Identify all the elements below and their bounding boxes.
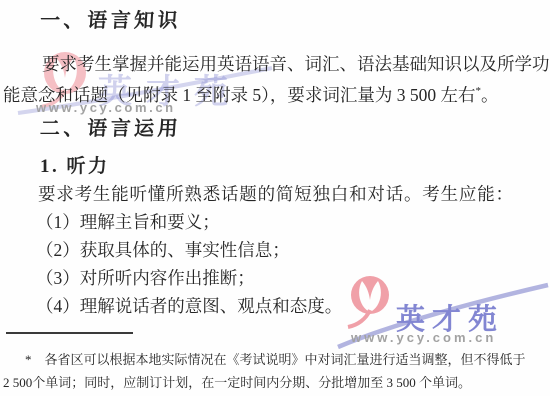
listening-item-4: （4）理解说话者的意图、观点和态度。 bbox=[36, 295, 342, 317]
listening-item-1: （1）理解主旨和要义； bbox=[36, 211, 220, 233]
subsection-heading-listening: 1. 听力 bbox=[40, 156, 110, 178]
section2-heading: 二、语言运用 bbox=[39, 118, 182, 140]
para1-line2: 能意念和话题（见附录 1 至附录 5），要求词汇量为 3 500 左右*。 bbox=[3, 80, 499, 106]
para1-line1: 要求考生掌握并能运用英语语音、词汇、语法基础知识以及所学功 bbox=[42, 53, 550, 75]
footnote-divider bbox=[6, 332, 133, 334]
watermark-url-bottom: www.ycy.com.cn bbox=[351, 330, 496, 345]
para1-period: 。 bbox=[481, 85, 499, 105]
flower-icon bbox=[348, 276, 389, 327]
footnote-line1-text: 各省区可以根据本地实际情况在《考试说明》中对词汇量进行适当调整，但不得低于 bbox=[45, 352, 526, 367]
footnote-line1: *各省区可以根据本地实际情况在《考试说明》中对词汇量进行适当调整，但不得低于 bbox=[25, 351, 526, 368]
document-page: 英才苑 www.ycy.com.cn 英才苑 www.ycy.com.cn 一、… bbox=[0, 0, 550, 396]
listening-item-3: （3）对所听内容作出推断； bbox=[36, 267, 255, 289]
listening-intro: 要求考生能听懂所熟悉话题的简短独白和对话。考生应能： bbox=[38, 183, 514, 205]
para1-line2-text: 能意念和话题（见附录 1 至附录 5），要求词汇量为 3 500 左右 bbox=[3, 85, 476, 105]
footnote-marker: * bbox=[25, 351, 32, 368]
listening-item-2: （2）获取具体的、事实性信息； bbox=[36, 239, 290, 261]
footnote-line2: 2 500个单词；同时，应制订计划，在一定时间内分期、分批增加至 3 500 个… bbox=[3, 374, 471, 391]
section1-heading: 一、语言知识 bbox=[39, 10, 182, 32]
